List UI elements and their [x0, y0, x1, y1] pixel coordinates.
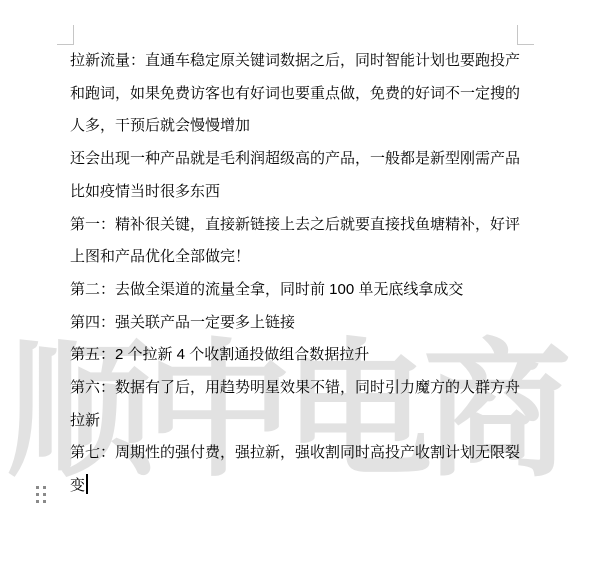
text-line[interactable]: 和跑词，如果免费访客也有好词也要重点做，免费的好词不一定搜的 — [70, 78, 520, 111]
text-line[interactable]: 拉新 — [70, 405, 520, 438]
text-line-fragment: 变 — [70, 477, 85, 494]
paragraph: 第四：强关联产品一定要多上链接 — [70, 307, 520, 340]
margin-corner-mark-top-right — [517, 25, 534, 45]
text-line[interactable]: 第二：去做全渠道的流量全拿，同时前 100 单无底线拿成交 — [70, 274, 520, 307]
text-line[interactable]: 还会出现一种产品就是毛利润超级高的产品，一般都是新型刚需产品 — [70, 143, 520, 176]
text-line[interactable]: 拉新流量：直通车稳定原关键词数据之后，同时智能计划也要跑投产 — [70, 45, 520, 78]
text-line[interactable]: 人多，干预后就会慢慢增加 — [70, 110, 520, 143]
paragraph: 拉新流量：直通车稳定原关键词数据之后，同时智能计划也要跑投产 和跑词，如果免费访… — [70, 45, 520, 143]
document-text-area[interactable]: 拉新流量：直通车稳定原关键词数据之后，同时智能计划也要跑投产 和跑词，如果免费访… — [70, 45, 520, 503]
paragraph: 第五：2 个拉新 4 个收割通投做组合数据拉升 — [70, 339, 520, 372]
paragraph: 第一：精补很关键，直接新链接上去之后就要直接找鱼塘精补，好评 上图和产品优化全部… — [70, 209, 520, 274]
text-line[interactable]: 上图和产品优化全部做完！ — [70, 241, 520, 274]
paragraph: 还会出现一种产品就是毛利润超级高的产品，一般都是新型刚需产品 比如疫情当时很多东… — [70, 143, 520, 208]
paragraph: 第二：去做全渠道的流量全拿，同时前 100 单无底线拿成交 — [70, 274, 520, 307]
text-line[interactable]: 第七：周期性的强付费，强拉新，强收割同时高投产收割计划无限裂 — [70, 437, 520, 470]
drag-handle-dot — [36, 486, 39, 489]
drag-handle-icon[interactable] — [36, 486, 46, 503]
drag-handle-dot — [36, 500, 39, 503]
drag-handle-dot — [43, 486, 46, 489]
drag-handle-dot — [43, 500, 46, 503]
paragraph: 第七：周期性的强付费，强拉新，强收割同时高投产收割计划无限裂 变 — [70, 437, 520, 502]
drag-handle-dot — [36, 493, 39, 496]
text-line[interactable]: 第六：数据有了后，用趋势明星效果不错，同时引力魔方的人群方舟 — [70, 372, 520, 405]
text-line[interactable]: 变 — [70, 470, 520, 503]
text-line[interactable]: 第一：精补很关键，直接新链接上去之后就要直接找鱼塘精补，好评 — [70, 209, 520, 242]
margin-corner-mark-top-left — [57, 25, 74, 45]
text-line[interactable]: 第五：2 个拉新 4 个收割通投做组合数据拉升 — [70, 339, 520, 372]
text-line[interactable]: 比如疫情当时很多东西 — [70, 176, 520, 209]
text-cursor — [86, 474, 88, 494]
text-line[interactable]: 第四：强关联产品一定要多上链接 — [70, 307, 520, 340]
drag-handle-dot — [43, 493, 46, 496]
paragraph: 第六：数据有了后，用趋势明星效果不错，同时引力魔方的人群方舟 拉新 — [70, 372, 520, 437]
